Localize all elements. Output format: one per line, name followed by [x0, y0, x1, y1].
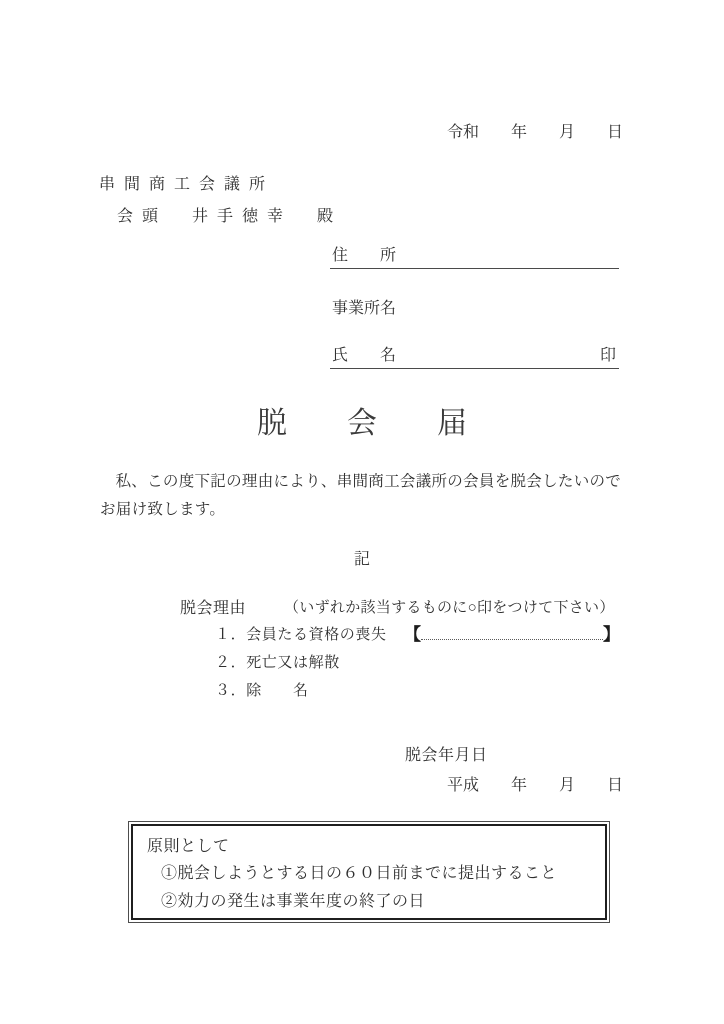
name-label: 氏 名	[332, 342, 396, 365]
body-paragraph: 私、この度下記の理由により、串間商工会議所の会員を脱会したいので お届け致します…	[100, 468, 621, 524]
document-title: 脱 会 届	[0, 398, 724, 442]
withdrawal-form-page: 令和 年 月 日 串間商工会議所 会頭 井手徳幸 殿 住 所 事業所名 氏 名 …	[0, 0, 724, 1024]
name-field: 氏 名 印	[330, 341, 619, 369]
principles-heading: 原則として	[147, 834, 605, 860]
body-line-2: お届け致します。	[100, 496, 621, 524]
date-line-top: 令和 年 月 日	[447, 119, 623, 142]
principles-box: 原則として ①脱会しようとする日の６０日前までに提出すること ②効力の発生は事業…	[128, 821, 610, 923]
withdrawal-date-era-line: 平成 年 月 日	[447, 772, 623, 795]
seal-mark: 印	[600, 342, 616, 365]
ki-heading: 記	[0, 546, 724, 569]
principle-item-1: ①脱会しようとする日の６０日前までに提出すること	[147, 860, 605, 888]
recipient-organization: 串間商工会議所	[99, 171, 274, 194]
bracket-open: 【	[404, 625, 421, 644]
reason-item-3: ３．除 名	[215, 679, 309, 700]
reason-fill-in-brackets: 【】	[404, 620, 620, 645]
principles-box-inner: 原則として ①脱会しようとする日の６０日前までに提出すること ②効力の発生は事業…	[131, 824, 607, 920]
recipient-attention: 会頭 井手徳幸 殿	[117, 203, 342, 226]
withdrawal-date-label: 脱会年月日	[405, 742, 488, 765]
dotted-fill-line	[421, 624, 603, 640]
reason-instruction-note: （いずれか該当するものに○印をつけて下さい）	[284, 596, 615, 617]
address-field: 住 所	[330, 241, 619, 269]
body-line-1: 私、この度下記の理由により、串間商工会議所の会員を脱会したいので	[100, 468, 621, 496]
reason-item-1: １．会員たる資格の喪失	[215, 623, 387, 644]
business-name-label: 事業所名	[332, 295, 396, 318]
reason-section-label: 脱会理由	[180, 595, 246, 618]
address-label: 住 所	[332, 242, 396, 265]
bracket-close: 】	[603, 625, 620, 644]
principle-item-2: ②効力の発生は事業年度の終了の日	[147, 888, 605, 916]
reason-item-2: ２．死亡又は解散	[215, 651, 340, 672]
